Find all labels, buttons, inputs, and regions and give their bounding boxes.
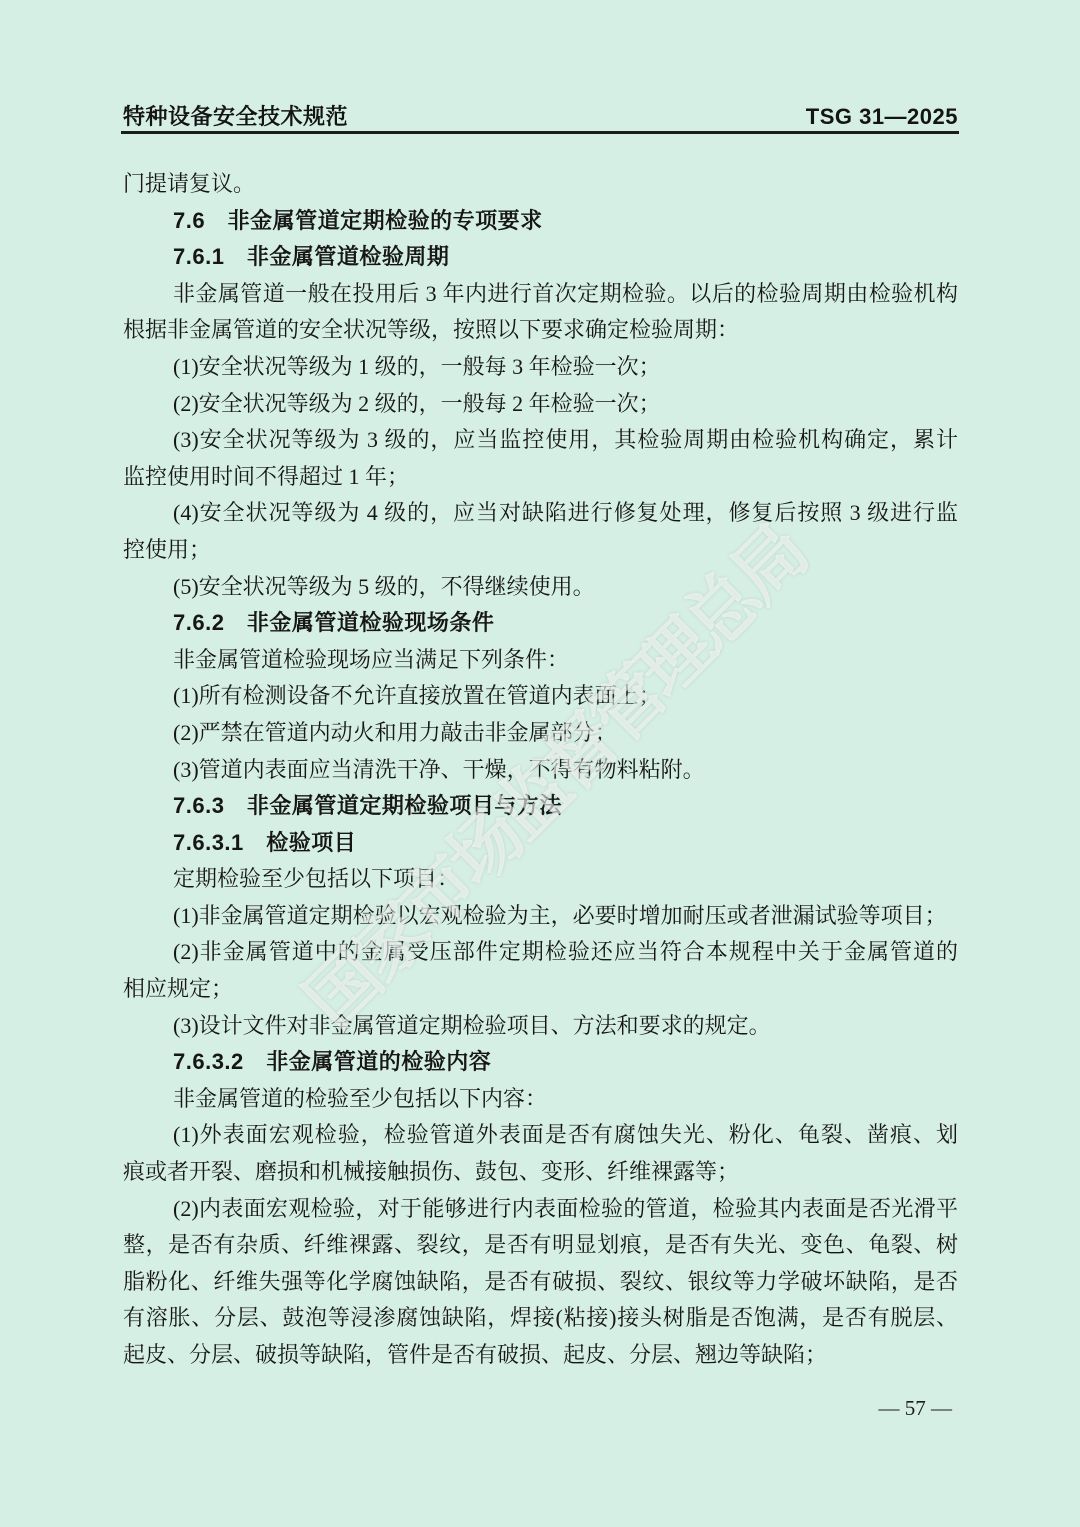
text-line: (3)安全状况等级为 3 级的，应当监控使用，其检验周期由检验机构确定，累计 bbox=[123, 422, 958, 459]
text-line: 控使用； bbox=[123, 532, 958, 569]
text-line: (2)安全状况等级为 2 级的，一般每 2 年检验一次； bbox=[123, 386, 958, 423]
header-divider bbox=[121, 131, 959, 134]
text-line: 非金属管道一般在投用后 3 年内进行首次定期检验。以后的检验周期由检验机构 bbox=[123, 276, 958, 313]
section-heading: 7.6.3.2 非金属管道的检验内容 bbox=[123, 1044, 958, 1081]
section-heading: 7.6.3 非金属管道定期检验项目与方法 bbox=[123, 788, 958, 825]
text-line: (2)严禁在管道内动火和用力敲击非金属部分； bbox=[123, 715, 958, 752]
document-body: 门提请复议。7.6 非金属管道定期检验的专项要求7.6.1 非金属管道检验周期非… bbox=[123, 166, 958, 1374]
text-line: 整，是否有杂质、纤维裸露、裂纹，是否有明显划痕，是否有失光、变色、龟裂、树 bbox=[123, 1227, 958, 1264]
document-page: 特种设备安全技术规范 TSG 31—2025 门提请复议。7.6 非金属管道定期… bbox=[0, 0, 1080, 1527]
text-line: (1)外表面宏观检验，检验管道外表面是否有腐蚀失光、粉化、龟裂、凿痕、划 bbox=[123, 1117, 958, 1154]
text-line: (1)安全状况等级为 1 级的，一般每 3 年检验一次； bbox=[123, 349, 958, 386]
text-line: 痕或者开裂、磨损和机械接触损伤、鼓包、变形、纤维裸露等； bbox=[123, 1154, 958, 1191]
header-title: 特种设备安全技术规范 bbox=[123, 100, 348, 131]
section-heading: 7.6.1 非金属管道检验周期 bbox=[123, 239, 958, 276]
text-line: (4)安全状况等级为 4 级的，应当对缺陷进行修复处理，修复后按照 3 级进行监 bbox=[123, 495, 958, 532]
header-doc-number: TSG 31—2025 bbox=[806, 104, 958, 130]
text-line: 起皮、分层、破损等缺陷，管件是否有破损、起皮、分层、翘边等缺陷； bbox=[123, 1337, 958, 1374]
text-line: (2)非金属管道中的金属受压部件定期检验还应当符合本规程中关于金属管道的 bbox=[123, 934, 958, 971]
page-footer: — 57 — bbox=[879, 1396, 953, 1421]
text-line: 根据非金属管道的安全状况等级，按照以下要求确定检验周期： bbox=[123, 312, 958, 349]
text-line: 脂粉化、纤维失强等化学腐蚀缺陷，是否有破损、裂纹、银纹等力学破坏缺陷，是否 bbox=[123, 1264, 958, 1301]
text-line: (1)非金属管道定期检验以宏观检验为主，必要时增加耐压或者泄漏试验等项目； bbox=[123, 898, 958, 935]
text-line: 有溶胀、分层、鼓泡等浸渗腐蚀缺陷，焊接(粘接)接头树脂是否饱满，是否有脱层、 bbox=[123, 1300, 958, 1337]
text-line: (3)设计文件对非金属管道定期检验项目、方法和要求的规定。 bbox=[123, 1008, 958, 1045]
text-line: 相应规定； bbox=[123, 971, 958, 1008]
text-line: 非金属管道的检验至少包括以下内容： bbox=[123, 1081, 958, 1118]
text-line: (3)管道内表面应当清洗干净、干燥，不得有物料粘附。 bbox=[123, 752, 958, 789]
section-heading: 7.6.2 非金属管道检验现场条件 bbox=[123, 605, 958, 642]
page-number: — 57 — bbox=[879, 1396, 953, 1420]
text-line: 非金属管道检验现场应当满足下列条件： bbox=[123, 642, 958, 679]
section-heading: 7.6.3.1 检验项目 bbox=[123, 825, 958, 862]
text-line: 监控使用时间不得超过 1 年； bbox=[123, 459, 958, 496]
text-line: 定期检验至少包括以下项目： bbox=[123, 861, 958, 898]
page-header: 特种设备安全技术规范 TSG 31—2025 bbox=[123, 100, 958, 131]
text-line: (1)所有检测设备不允许直接放置在管道内表面上； bbox=[123, 678, 958, 715]
section-heading: 7.6 非金属管道定期检验的专项要求 bbox=[123, 203, 958, 240]
text-line: 门提请复议。 bbox=[123, 166, 958, 203]
text-line: (5)安全状况等级为 5 级的，不得继续使用。 bbox=[123, 569, 958, 606]
text-line: (2)内表面宏观检验，对于能够进行内表面检验的管道，检验其内表面是否光滑平 bbox=[123, 1191, 958, 1228]
